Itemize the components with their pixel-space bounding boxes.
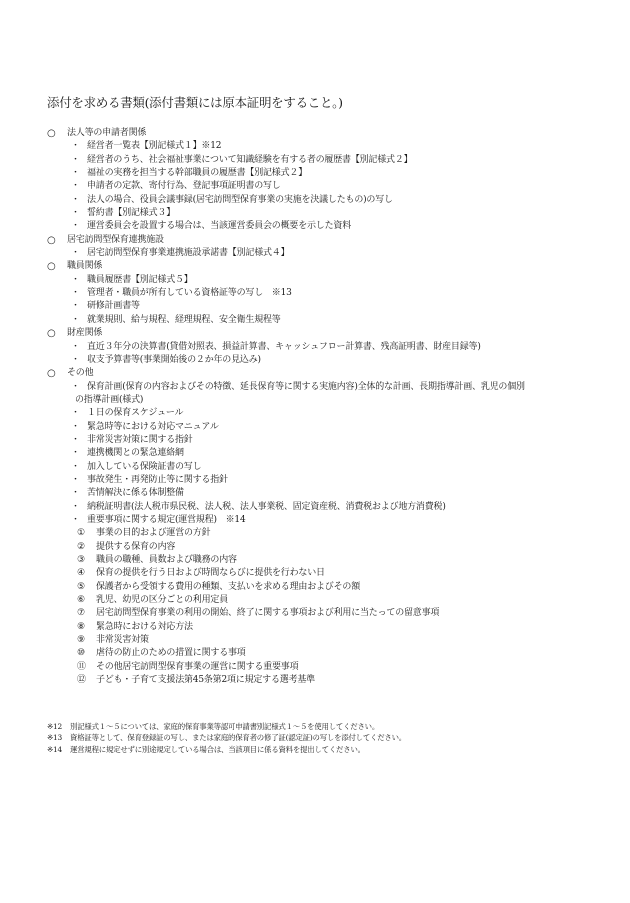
numbered-item-text: 虐待の防止のための措置に関する事項 <box>96 647 246 660</box>
list-item: ・事故発生・再発防止等に関する指針 <box>47 474 617 487</box>
item-text: 経営者一覧表【別記様式１】※12 <box>87 140 221 153</box>
list-item: ・就業規則、給与規程、経理規程、安全衛生規程等 <box>47 314 617 327</box>
bullet-icon: ・ <box>71 300 80 313</box>
circled-number: ⑪ <box>77 661 86 674</box>
list-item: ・納税証明書(法人税市県民税、法人税、法人事業税、固定資産税、消費税および地方消… <box>47 501 617 514</box>
list-item: ・１日の保育スケジュール <box>47 407 617 420</box>
numbered-item: ⑤保護者から受領する費用の種類、支払いを求める理由およびその額 <box>47 581 617 594</box>
item-text: 保育計画(保育の内容およびその特徴、延長保育等に関する実施内容)全体的な計画、長… <box>87 381 525 394</box>
list-item: ・保育計画(保育の内容およびその特徴、延長保育等に関する実施内容)全体的な計画、… <box>47 381 617 394</box>
section-header-assets: ○ 財産関係 <box>47 327 617 340</box>
list-item: ・経営者一覧表【別記様式１】※12 <box>47 140 617 153</box>
numbered-item: ⑨非常災害対策 <box>47 634 617 647</box>
item-text: 納税証明書(法人税市県民税、法人税、法人事業税、固定資産税、消費税および地方消費… <box>87 501 446 514</box>
bullet-icon: ・ <box>71 421 80 434</box>
list-item: ・苦情解決に係る体制整備 <box>47 487 617 500</box>
circle-marker-icon: ○ <box>47 327 56 340</box>
bullet-icon: ・ <box>71 220 80 233</box>
circled-number: ⑩ <box>77 647 85 660</box>
circled-number: ⑤ <box>77 581 85 594</box>
numbered-item-text: 職員の職種、員数および職務の内容 <box>96 554 237 567</box>
bullet-icon: ・ <box>71 501 80 514</box>
circled-number: ⑧ <box>77 621 85 634</box>
circle-marker-icon: ○ <box>47 260 56 273</box>
item-text: 苦情解決に係る体制整備 <box>87 487 184 500</box>
numbered-item-text: 保育の提供を行う日および時間ならびに提供を行わない日 <box>96 567 325 580</box>
footnote-mark: ※13 <box>47 732 62 743</box>
list-item-continuation: の指導計画(様式) <box>47 394 617 407</box>
list-item: ・研修計画書等 <box>47 300 617 313</box>
footnote-text: 運営規程に規定せずに別途規定している場合は、当該項目に係る資料を提出してください… <box>70 744 365 755</box>
numbered-item: ②提供する保育の内容 <box>47 541 617 554</box>
item-text: 研修計画書等 <box>87 300 140 313</box>
numbered-item: ⑫子ども・子育て支援法第45条第2項に規定する選考基準 <box>47 674 617 687</box>
numbered-item-text: 緊急時における対応方法 <box>96 621 193 634</box>
document-title: 添付を求める書類(添付書類には原本証明をすること。) <box>47 95 343 111</box>
item-text: 収支予算書等(事業開始後の２か年の見込み) <box>87 354 261 367</box>
circle-marker-icon: ○ <box>47 234 56 247</box>
circled-number: ① <box>77 527 85 540</box>
section-label: 居宅訪問型保育連携施設 <box>67 234 164 247</box>
list-item: ・運営委員会を設置する場合は、当該運営委員会の概要を示した資料 <box>47 220 617 233</box>
numbered-item-text: その他居宅訪問型保育事業の運営に関する重要事項 <box>96 661 298 674</box>
footnotes: ※12別記様式１～５については、家庭的保育事業等認可申請書別記様式１～５を使用し… <box>47 721 617 755</box>
bullet-icon: ・ <box>71 447 80 460</box>
circled-number: ③ <box>77 554 85 567</box>
numbered-item-text: 非常災害対策 <box>96 634 149 647</box>
list-item: ・直近３年分の決算書(貸借対照表、損益計算書、キャッシュフロー計算書、残高証明書… <box>47 341 617 354</box>
circle-marker-icon: ○ <box>47 367 56 380</box>
item-text: 申請者の定款、寄付行為、登記事項証明書の写し <box>87 180 281 193</box>
section-label: 法人等の申請者関係 <box>67 127 146 140</box>
item-text: １日の保育スケジュール <box>87 407 183 420</box>
bullet-icon: ・ <box>71 474 80 487</box>
item-text: 直近３年分の決算書(貸借対照表、損益計算書、キャッシュフロー計算書、残高証明書、… <box>87 341 481 354</box>
numbered-item: ⑧緊急時における対応方法 <box>47 621 617 634</box>
list-item: ・法人の場合、役員会議事録(居宅訪問型保育事業の実施を決議したもの)の写し <box>47 194 617 207</box>
footnote: ※12別記様式１～５については、家庭的保育事業等認可申請書別記様式１～５を使用し… <box>47 721 617 732</box>
item-text: 経営者のうち、社会福祉事業について知識経験を有する者の履歴書【別記様式２】 <box>87 154 412 167</box>
item-text: 法人の場合、役員会議事録(居宅訪問型保育事業の実施を決議したもの)の写し <box>87 194 393 207</box>
bullet-icon: ・ <box>71 487 80 500</box>
list-item: ・加入している保険証書の写し <box>47 461 617 474</box>
section-label: 職員関係 <box>67 260 102 273</box>
section-header-partner-facility: ○ 居宅訪問型保育連携施設 <box>47 234 617 247</box>
item-text: 居宅訪問型保育事業連携施設承諾書【別記様式４】 <box>87 247 289 260</box>
section-header-other: ○ その他 <box>47 367 617 380</box>
list-item: ・重要事項に関する規定(運営規程) ※14 <box>47 514 617 527</box>
bullet-icon: ・ <box>71 140 80 153</box>
item-text: 職員履歴書【別記様式５】 <box>87 274 193 287</box>
bullet-icon: ・ <box>71 407 80 420</box>
bullet-icon: ・ <box>71 167 80 180</box>
item-text: 誓約書【別記様式３】 <box>87 207 175 220</box>
numbered-item: ①事業の目的および運営の方針 <box>47 527 617 540</box>
list-item: ・居宅訪問型保育事業連携施設承諾書【別記様式４】 <box>47 247 617 260</box>
bullet-icon: ・ <box>71 194 80 207</box>
list-item: ・経営者のうち、社会福祉事業について知識経験を有する者の履歴書【別記様式２】 <box>47 154 617 167</box>
bullet-icon: ・ <box>71 354 80 367</box>
bullet-icon: ・ <box>71 434 80 447</box>
numbered-item-text: 子ども・子育て支援法第45条第2項に規定する選考基準 <box>96 674 315 687</box>
circled-number: ⑫ <box>77 674 86 687</box>
section-header-staff: ○ 職員関係 <box>47 260 617 273</box>
bullet-icon: ・ <box>71 514 80 527</box>
bullet-icon: ・ <box>71 461 80 474</box>
list-item: ・職員履歴書【別記様式５】 <box>47 274 617 287</box>
item-text: 福祉の実務を担当する幹部職員の履歴書【別記様式２】 <box>87 167 307 180</box>
circled-number: ④ <box>77 567 85 580</box>
footnote: ※13資格証等として、保育登録証の写し、または家庭的保育者の修了証(認定証)の写… <box>47 732 617 743</box>
footnote: ※14運営規程に規定せずに別途規定している場合は、当該項目に係る資料を提出してく… <box>47 744 617 755</box>
circle-marker-icon: ○ <box>47 127 56 140</box>
footnote-mark: ※14 <box>47 744 62 755</box>
bullet-icon: ・ <box>71 180 80 193</box>
item-text: 重要事項に関する規定(運営規程) ※14 <box>87 514 245 527</box>
item-text-continuation: の指導計画(様式) <box>75 394 143 407</box>
bullet-icon: ・ <box>71 314 80 327</box>
section-label: 財産関係 <box>67 327 102 340</box>
item-text: 連携機関との緊急連絡網 <box>87 447 184 460</box>
footnote-text: 別記様式１～５については、家庭的保育事業等認可申請書別記様式１～５を使用してくだ… <box>70 721 379 732</box>
numbered-item-text: 乳児、幼児の区分ごとの利用定員 <box>96 594 228 607</box>
bullet-icon: ・ <box>71 207 80 220</box>
footnote-text: 資格証等として、保育登録証の写し、または家庭的保育者の修了証(認定証)の写しを添… <box>70 732 406 743</box>
numbered-item: ⑪その他居宅訪問型保育事業の運営に関する重要事項 <box>47 661 617 674</box>
list-item: ・非常災害対策に関する指針 <box>47 434 617 447</box>
bullet-icon: ・ <box>71 341 80 354</box>
list-item: ・誓約書【別記様式３】 <box>47 207 617 220</box>
required-documents-list: ○ 法人等の申請者関係 ・経営者一覧表【別記様式１】※12 ・経営者のうち、社会… <box>47 127 617 687</box>
bullet-icon: ・ <box>71 274 80 287</box>
item-text: 加入している保険証書の写し <box>87 461 201 474</box>
item-text: 就業規則、給与規程、経理規程、安全衛生規程等 <box>87 314 281 327</box>
numbered-item: ⑩虐待の防止のための措置に関する事項 <box>47 647 617 660</box>
bullet-icon: ・ <box>71 247 80 260</box>
list-item: ・申請者の定款、寄付行為、登記事項証明書の写し <box>47 180 617 193</box>
bullet-icon: ・ <box>71 154 80 167</box>
list-item: ・福祉の実務を担当する幹部職員の履歴書【別記様式２】 <box>47 167 617 180</box>
circled-number: ⑨ <box>77 634 85 647</box>
item-text: 緊急時等における対応マニュアル <box>87 421 219 434</box>
item-text: 管理者・職員が所有している資格証等の写し ※13 <box>87 287 292 300</box>
numbered-item-text: 保護者から受領する費用の種類、支払いを求める理由およびその額 <box>96 581 360 594</box>
section-label: その他 <box>67 367 93 380</box>
list-item: ・管理者・職員が所有している資格証等の写し ※13 <box>47 287 617 300</box>
circled-number: ⑥ <box>77 594 85 607</box>
list-item: ・収支予算書等(事業開始後の２か年の見込み) <box>47 354 617 367</box>
numbered-item: ④保育の提供を行う日および時間ならびに提供を行わない日 <box>47 567 617 580</box>
circled-number: ② <box>77 541 85 554</box>
numbered-item-text: 提供する保育の内容 <box>96 541 175 554</box>
item-text: 非常災害対策に関する指針 <box>87 434 193 447</box>
circled-number: ⑦ <box>77 607 85 620</box>
numbered-item-text: 事業の目的および運営の方針 <box>96 527 210 540</box>
item-text: 運営委員会を設置する場合は、当該運営委員会の概要を示した資料 <box>87 220 351 233</box>
footnote-mark: ※12 <box>47 721 62 732</box>
bullet-icon: ・ <box>71 381 80 394</box>
bullet-icon: ・ <box>71 287 80 300</box>
numbered-item: ⑦居宅訪問型保育事業の利用の開始、終了に関する事項および利用に当たっての留意事項 <box>47 607 617 620</box>
numbered-item-text: 居宅訪問型保育事業の利用の開始、終了に関する事項および利用に当たっての留意事項 <box>96 607 439 620</box>
section-header-applicant: ○ 法人等の申請者関係 <box>47 127 617 140</box>
numbered-item: ⑥乳児、幼児の区分ごとの利用定員 <box>47 594 617 607</box>
list-item: ・連携機関との緊急連絡網 <box>47 447 617 460</box>
item-text: 事故発生・再発防止等に関する指針 <box>87 474 228 487</box>
list-item: ・緊急時等における対応マニュアル <box>47 421 617 434</box>
numbered-item: ③職員の職種、員数および職務の内容 <box>47 554 617 567</box>
